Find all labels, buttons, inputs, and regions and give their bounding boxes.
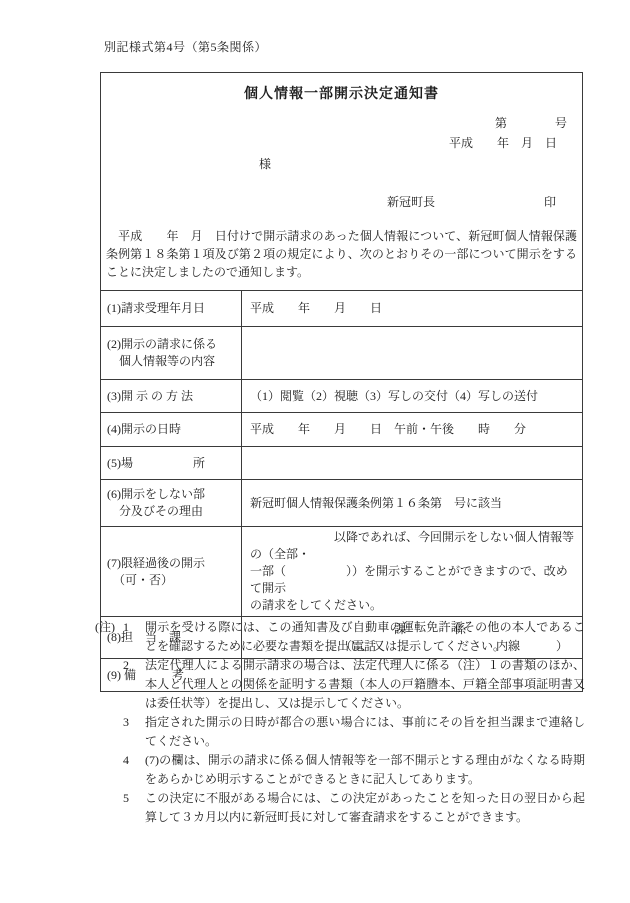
row-value-personal-info-content: [242, 327, 583, 380]
sender-row: 新冠町長 印: [101, 193, 582, 210]
table-row: (5)場 所: [101, 447, 582, 480]
notes-heading: (注): [95, 618, 123, 637]
row-label-request-date: (1)請求受理年月日: [101, 291, 242, 327]
row-value-disclosure-method: （1）閲覧（2）視聴（3）写しの交付（4）写しの送付: [242, 380, 583, 413]
notice-box: 個人情報一部開示決定通知書 第 号 平成 年 月 日 様 新冠町長 印 平成 年…: [100, 72, 583, 692]
row-value-disclosure-datetime: 平成 年 月 日 午前・午後 時 分: [242, 413, 583, 447]
table-row: (6)開示をしない部 分及びその理由 新冠町個人情報保護条例第１６条第 号に該当: [101, 480, 582, 527]
note-text: (7)の欄は、開示の請求に係る個人情報等を一部不開示とする理由がなくなる時期をあ…: [145, 751, 585, 789]
form-designation-label: 別記様式第4号（第5条関係）: [104, 38, 267, 55]
document-number-line: 第 号: [101, 114, 582, 131]
row-label-personal-info-content: (2)開示の請求に係る 個人情報等の内容: [101, 327, 242, 380]
table-row: (4)開示の日時 平成 年 月 日 午前・午後 時 分: [101, 413, 582, 447]
note-item: 2 法定代理人による開示請求の場合は、法定代理人に係る（注）１の書類のほか、本人…: [95, 656, 585, 713]
body-paragraph: 平成 年 月 日付けで開示請求のあった個人情報について、新冠町個人情報保護条例第…: [106, 227, 577, 281]
notes-section: (注) 1 開示を受ける際には、この通知書及び自動車の運転免許証その他の本人であ…: [95, 618, 585, 827]
row-value-request-date: 平成 年 月 日: [242, 291, 583, 327]
note-text: この決定に不服がある場合には、この決定があったことを知った日の翌日から起算して３…: [145, 789, 585, 827]
document-page: 別記様式第4号（第5条関係） 個人情報一部開示決定通知書 第 号 平成 年 月 …: [0, 0, 630, 903]
table-row: (2)開示の請求に係る 個人情報等の内容: [101, 327, 582, 380]
note-number: 1: [123, 618, 145, 637]
note-number: 2: [123, 656, 145, 675]
row-label-disclosure-after-period: (7)限経過後の開示 （可・否）: [101, 527, 242, 617]
issue-date-line: 平成 年 月 日: [101, 134, 582, 151]
note-item: 5 この決定に不服がある場合には、この決定があったことを知った日の翌日から起算し…: [95, 789, 585, 827]
note-number: 4: [123, 751, 145, 770]
row-label-place: (5)場 所: [101, 447, 242, 480]
row-label-nondisclosure-reason: (6)開示をしない部 分及びその理由: [101, 480, 242, 527]
notice-title: 個人情報一部開示決定通知書: [101, 83, 582, 103]
table-row: (3)開 示 の 方 法 （1）閲覧（2）視聴（3）写しの交付（4）写しの送付: [101, 380, 582, 413]
table-row: (7)限経過後の開示 （可・否） 以降であれば、今回開示をしない個人情報等の（全…: [101, 527, 582, 617]
note-text: 指定された開示の日時が都合の悪い場合には、事前にその旨を担当課まで連絡してくださ…: [145, 713, 585, 751]
row-value-place: [242, 447, 583, 480]
row-value-nondisclosure-reason: 新冠町個人情報保護条例第１６条第 号に該当: [242, 480, 583, 527]
addressee-honorific: 様: [101, 155, 582, 172]
note-number: 5: [123, 789, 145, 808]
table-row: (1)請求受理年月日 平成 年 月 日: [101, 291, 582, 327]
row-value-disclosure-after-period: 以降であれば、今回開示をしない個人情報等の（全部・ 一部（ ））を開示することが…: [242, 527, 583, 617]
note-item: 4 (7)の欄は、開示の請求に係る個人情報等を一部不開示とする理由がなくなる時期…: [95, 751, 585, 789]
row-label-disclosure-method: (3)開 示 の 方 法: [101, 380, 242, 413]
seal-mark: 印: [544, 193, 556, 210]
note-text: 法定代理人による開示請求の場合は、法定代理人に係る（注）１の書類のほか、本人と代…: [145, 656, 585, 713]
row-label-disclosure-datetime: (4)開示の日時: [101, 413, 242, 447]
note-item: 3 指定された開示の日時が都合の悪い場合には、事前にその旨を担当課まで連絡してく…: [95, 713, 585, 751]
note-item: (注) 1 開示を受ける際には、この通知書及び自動車の運転免許証その他の本人であ…: [95, 618, 585, 656]
note-text: 開示を受ける際には、この通知書及び自動車の運転免許証その他の本人であることを確認…: [145, 618, 585, 656]
note-number: 3: [123, 713, 145, 732]
sender-name: 新冠町長: [387, 193, 435, 210]
